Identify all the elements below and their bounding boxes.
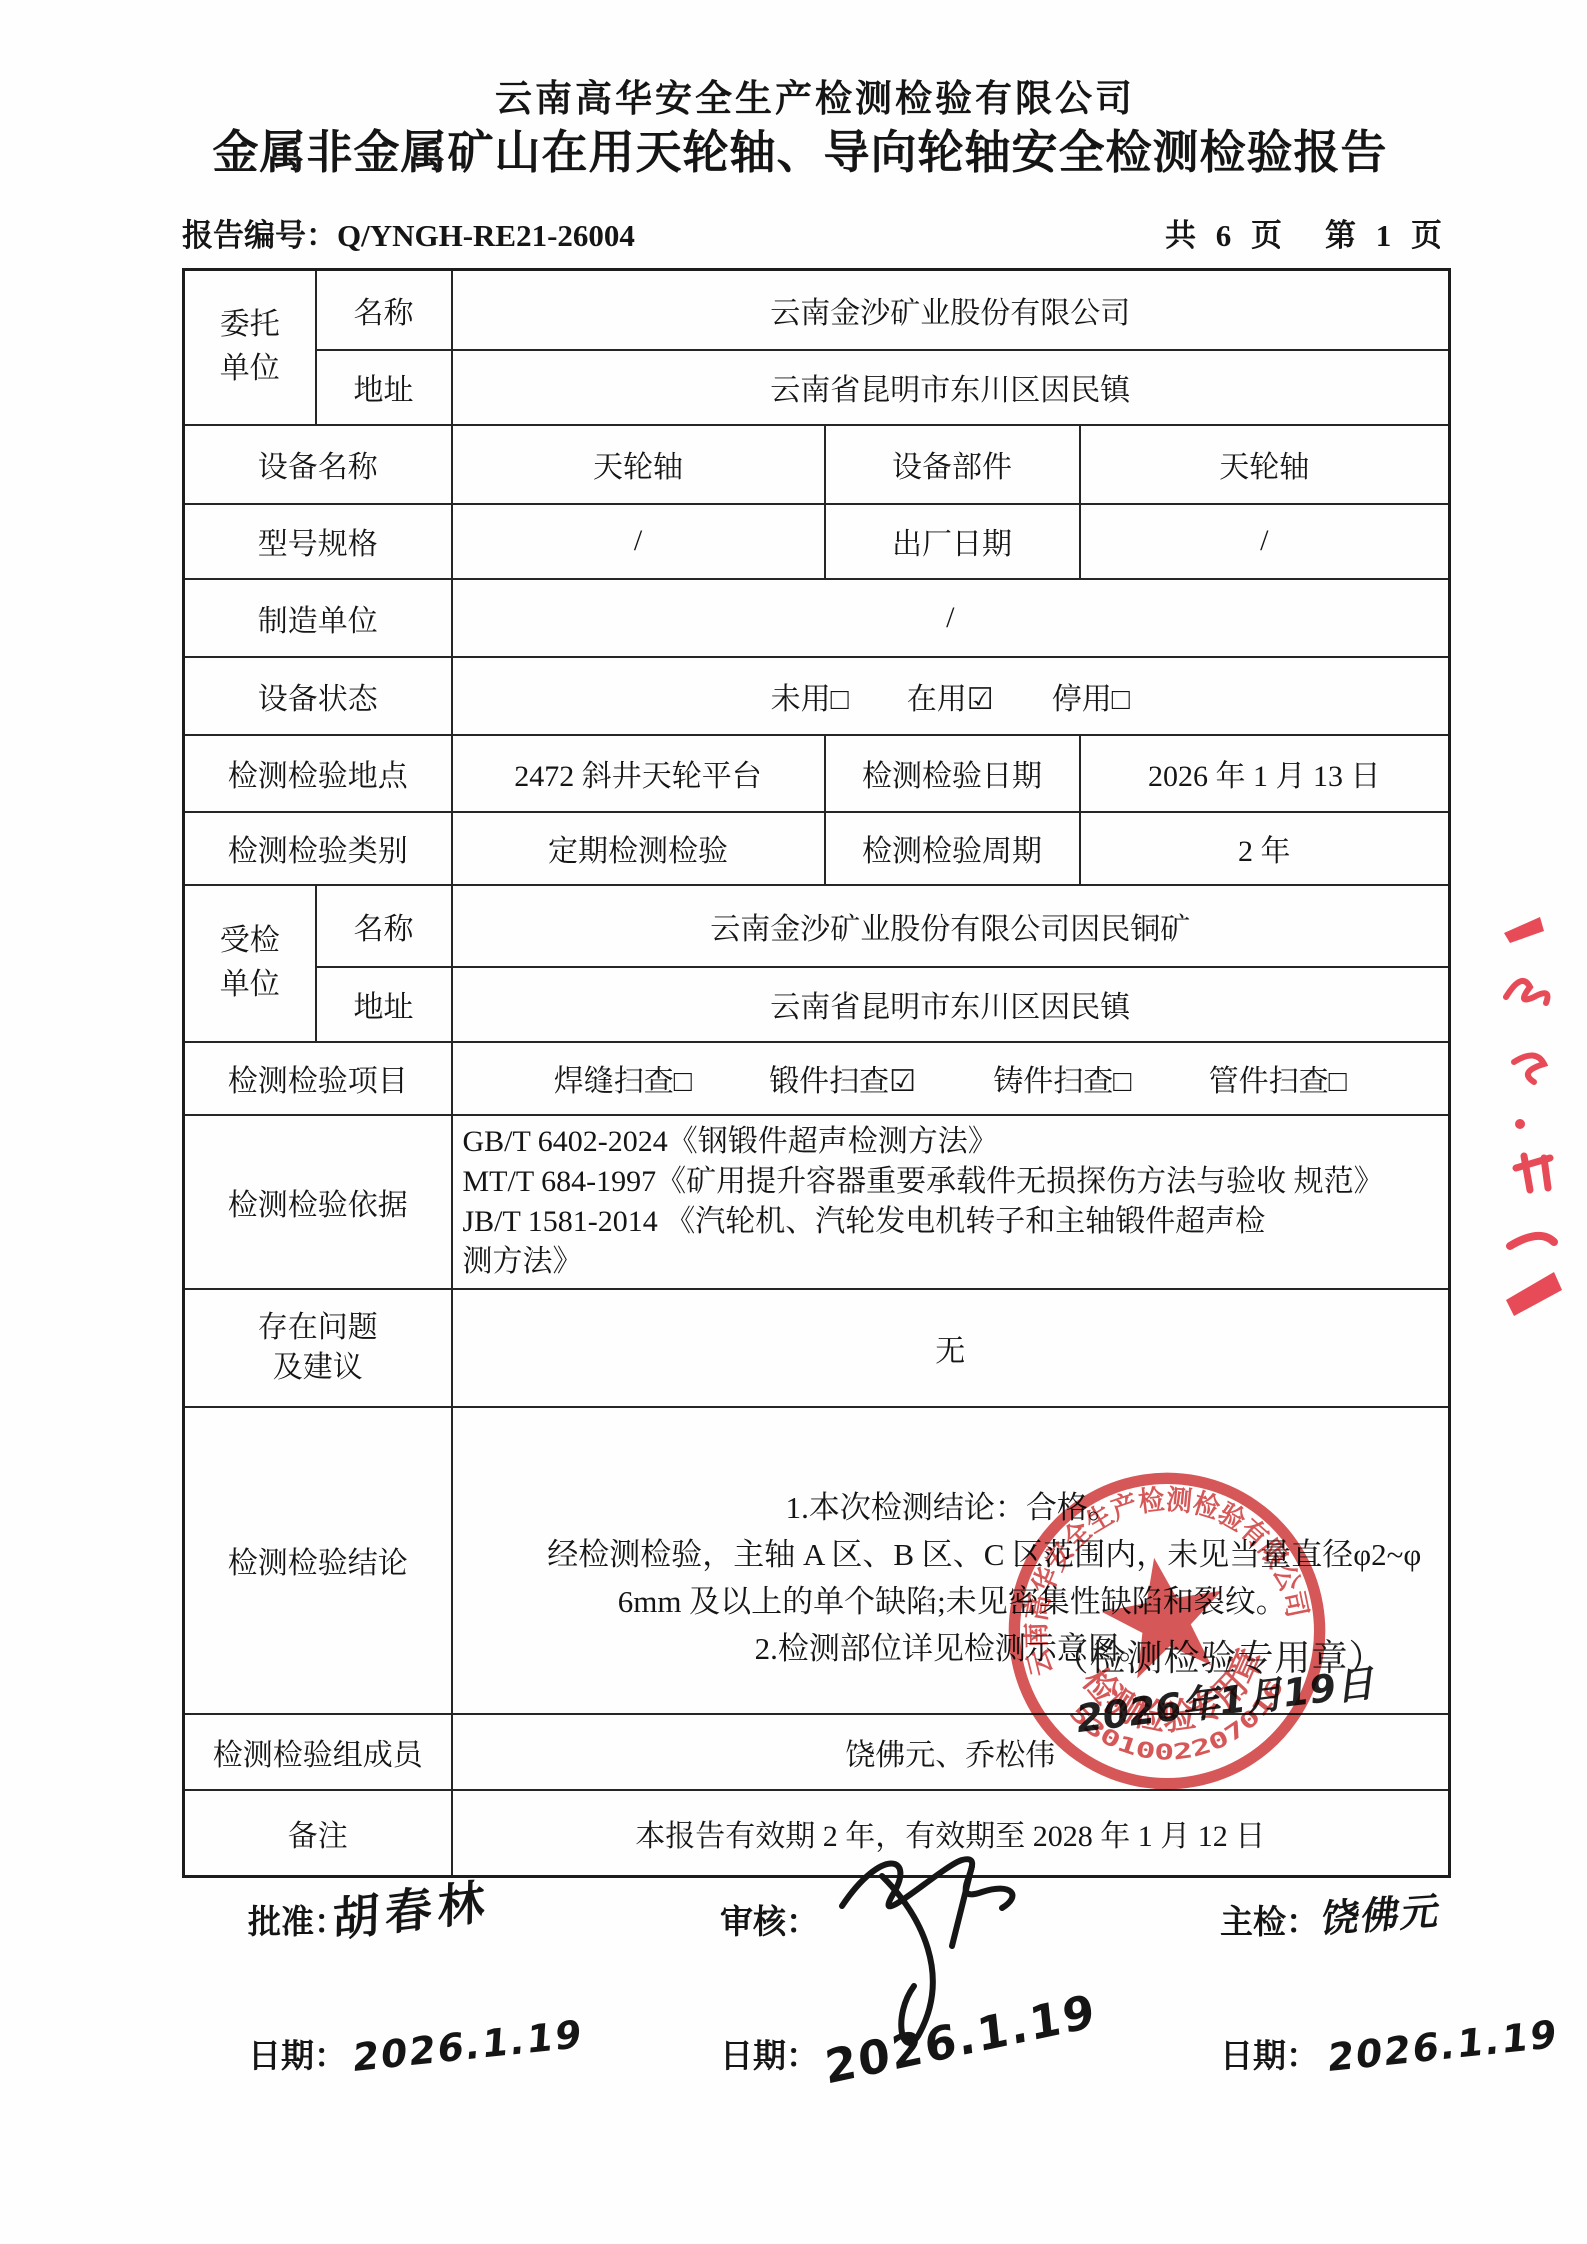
- row-remark: 备注 本报告有效期 2 年，有效期至 2028 年 1 月 12 日: [184, 1790, 1450, 1877]
- status-value: 未用□ 在用☑ 停用□: [452, 657, 1450, 735]
- row-status: 设备状态 未用□ 在用☑ 停用□: [184, 657, 1450, 735]
- review-date: 2026.1.19: [822, 1983, 1099, 2095]
- team-value: 饶佛元、乔松伟: [452, 1714, 1450, 1790]
- conclusion-line-2: 经检测检验，主轴 A 区、B 区、C 区范围内，未见当量直径φ2~φ: [463, 1531, 1443, 1578]
- mfg-date-value: /: [1080, 504, 1450, 579]
- report-number: 报告编号：Q/YNGH-RE21-26004: [182, 210, 635, 255]
- client-group-label: 委托单位: [184, 270, 316, 425]
- conclusion-value: 1.本次检测结论：合格。 经检测检验，主轴 A 区、B 区、C 区范围内，未见当…: [452, 1407, 1450, 1714]
- row-type: 检测检验类别 定期检测检验 检测检验周期 2 年: [184, 812, 1450, 885]
- chief-date-label: 日期：: [1220, 2030, 1319, 2077]
- row-client-name: 委托单位 名称 云南金沙矿业股份有限公司: [184, 270, 1450, 350]
- problems-label-line2: 及建议: [185, 1348, 451, 1388]
- inspected-name-value: 云南金沙矿业股份有限公司因民铜矿: [452, 885, 1450, 967]
- review-date-label: 日期：: [720, 2030, 819, 2077]
- row-items: 检测检验项目 焊缝扫查□ 锻件扫查☑ 铸件扫查□ 管件扫查□: [184, 1042, 1450, 1115]
- items-label: 检测检验项目: [184, 1042, 452, 1115]
- type-label: 检测检验类别: [184, 812, 452, 885]
- report-number-line: 报告编号：Q/YNGH-RE21-26004 共 6 页 第 1 页: [182, 210, 1448, 255]
- basis-label: 检测检验依据: [184, 1115, 452, 1289]
- cycle-label: 检测检验周期: [825, 812, 1080, 885]
- inspected-name-label: 名称: [316, 885, 452, 967]
- chief-signature: 饶佛元: [1318, 1879, 1446, 1943]
- row-problems: 存在问题 及建议 无: [184, 1289, 1450, 1407]
- item-forging-checked: 锻件扫查☑: [769, 1056, 916, 1100]
- item-casting: 铸件扫查□: [993, 1056, 1131, 1100]
- scanned-report-page: 云南高华安全生产检测检验有限公司 金属非金属矿山在用天轮轴、导向轮轴安全检测检验…: [0, 0, 1587, 2244]
- report-title: 金属非金属矿山在用天轮轴、导向轮轴安全检测检验报告: [100, 116, 1500, 182]
- device-name-label: 设备名称: [184, 425, 452, 504]
- row-conclusion: 检测检验结论 1.本次检测结论：合格。 经检测检验，主轴 A 区、B 区、C 区…: [184, 1407, 1450, 1714]
- inspected-group-label: 受检单位: [184, 885, 316, 1042]
- red-margin-mark-3: [1496, 1150, 1576, 1340]
- page-info: 共 6 页 第 1 页: [1165, 210, 1448, 255]
- remark-label: 备注: [184, 1790, 452, 1877]
- status-label: 设备状态: [184, 657, 452, 735]
- problems-value: 无: [452, 1289, 1450, 1407]
- company-title: 云南高华安全生产检测检验有限公司: [182, 68, 1448, 122]
- maker-label: 制造单位: [184, 579, 452, 657]
- cycle-value: 2 年: [1080, 812, 1450, 885]
- row-model: 型号规格 / 出厂日期 /: [184, 504, 1450, 579]
- chief-date: 2026.1.19: [1326, 2012, 1560, 2081]
- row-device-name: 设备名称 天轮轴 设备部件 天轮轴: [184, 425, 1450, 504]
- items-value: 焊缝扫查□ 锻件扫查☑ 铸件扫查□ 管件扫查□: [452, 1042, 1450, 1115]
- client-name-label: 名称: [316, 270, 452, 350]
- basis-line-3: JB/T 1581-2014 《汽轮机、汽轮发电机转子和主轴锻件超声检: [463, 1202, 1445, 1242]
- row-inspected-addr: 地址 云南省昆明市东川区因民镇: [184, 967, 1450, 1042]
- status-option-stopped: 停用□: [1052, 674, 1130, 718]
- row-basis: 检测检验依据 GB/T 6402-2024《钢锻件超声检测方法》 MT/T 68…: [184, 1115, 1450, 1289]
- team-label: 检测检验组成员: [184, 1714, 452, 1790]
- problems-label: 存在问题 及建议: [184, 1289, 452, 1407]
- mfg-date-label: 出厂日期: [825, 504, 1080, 579]
- row-team: 检测检验组成员 饶佛元、乔松伟: [184, 1714, 1450, 1790]
- row-maker: 制造单位 /: [184, 579, 1450, 657]
- device-part-label: 设备部件: [825, 425, 1080, 504]
- model-label: 型号规格: [184, 504, 452, 579]
- red-margin-mark-2: [1496, 1040, 1566, 1160]
- item-pipe: 管件扫查□: [1209, 1056, 1347, 1100]
- client-name-value: 云南金沙矿业股份有限公司: [452, 270, 1450, 350]
- row-inspected-name: 受检单位 名称 云南金沙矿业股份有限公司因民铜矿: [184, 885, 1450, 967]
- site-value: 2472 斜井天轮平台: [452, 735, 825, 812]
- client-addr-value: 云南省昆明市东川区因民镇: [452, 350, 1450, 425]
- type-value: 定期检测检验: [452, 812, 825, 885]
- basis-value: GB/T 6402-2024《钢锻件超声检测方法》 MT/T 684-1997《…: [452, 1115, 1450, 1289]
- inspection-date-value: 2026 年 1 月 13 日: [1080, 735, 1450, 812]
- approve-date-label: 日期：: [248, 2030, 347, 2077]
- red-margin-mark-1: [1492, 905, 1562, 1015]
- conclusion-label: 检测检验结论: [184, 1407, 452, 1714]
- review-label: 审核：: [720, 1896, 819, 1943]
- basis-line-2: MT/T 684-1997《矿用提升容器重要承载件无损探伤方法与验收 规范》: [463, 1162, 1445, 1202]
- basis-line-4: 测方法》: [463, 1242, 1445, 1282]
- client-addr-label: 地址: [316, 350, 452, 425]
- site-label: 检测检验地点: [184, 735, 452, 812]
- device-name-value: 天轮轴: [452, 425, 825, 504]
- item-weld: 焊缝扫查□: [554, 1056, 692, 1100]
- chief-label: 主检：: [1220, 1896, 1319, 1943]
- conclusion-line-3: 6mm 及以上的单个缺陷;未见密集性缺陷和裂纹。: [463, 1578, 1443, 1625]
- row-client-addr: 地址 云南省昆明市东川区因民镇: [184, 350, 1450, 425]
- status-option-inuse-checked: 在用☑: [907, 674, 994, 718]
- inspection-date-label: 检测检验日期: [825, 735, 1080, 812]
- model-value: /: [452, 504, 825, 579]
- conclusion-line-1: 1.本次检测结论：合格。: [463, 1484, 1443, 1531]
- approve-date: 2026.1.19: [351, 2012, 585, 2081]
- basis-line-1: GB/T 6402-2024《钢锻件超声检测方法》: [463, 1122, 1445, 1162]
- maker-value: /: [452, 579, 1450, 657]
- status-option-unused: 未用□: [771, 674, 849, 718]
- row-site: 检测检验地点 2472 斜井天轮平台 检测检验日期 2026 年 1 月 13 …: [184, 735, 1450, 812]
- inspected-addr-value: 云南省昆明市东川区因民镇: [452, 967, 1450, 1042]
- device-part-value: 天轮轴: [1080, 425, 1450, 504]
- problems-label-line1: 存在问题: [185, 1308, 451, 1348]
- remark-value: 本报告有效期 2 年，有效期至 2028 年 1 月 12 日: [452, 1790, 1450, 1877]
- inspected-addr-label: 地址: [316, 967, 452, 1042]
- report-form-table: 委托单位 名称 云南金沙矿业股份有限公司 地址 云南省昆明市东川区因民镇 设备名…: [182, 268, 1451, 1878]
